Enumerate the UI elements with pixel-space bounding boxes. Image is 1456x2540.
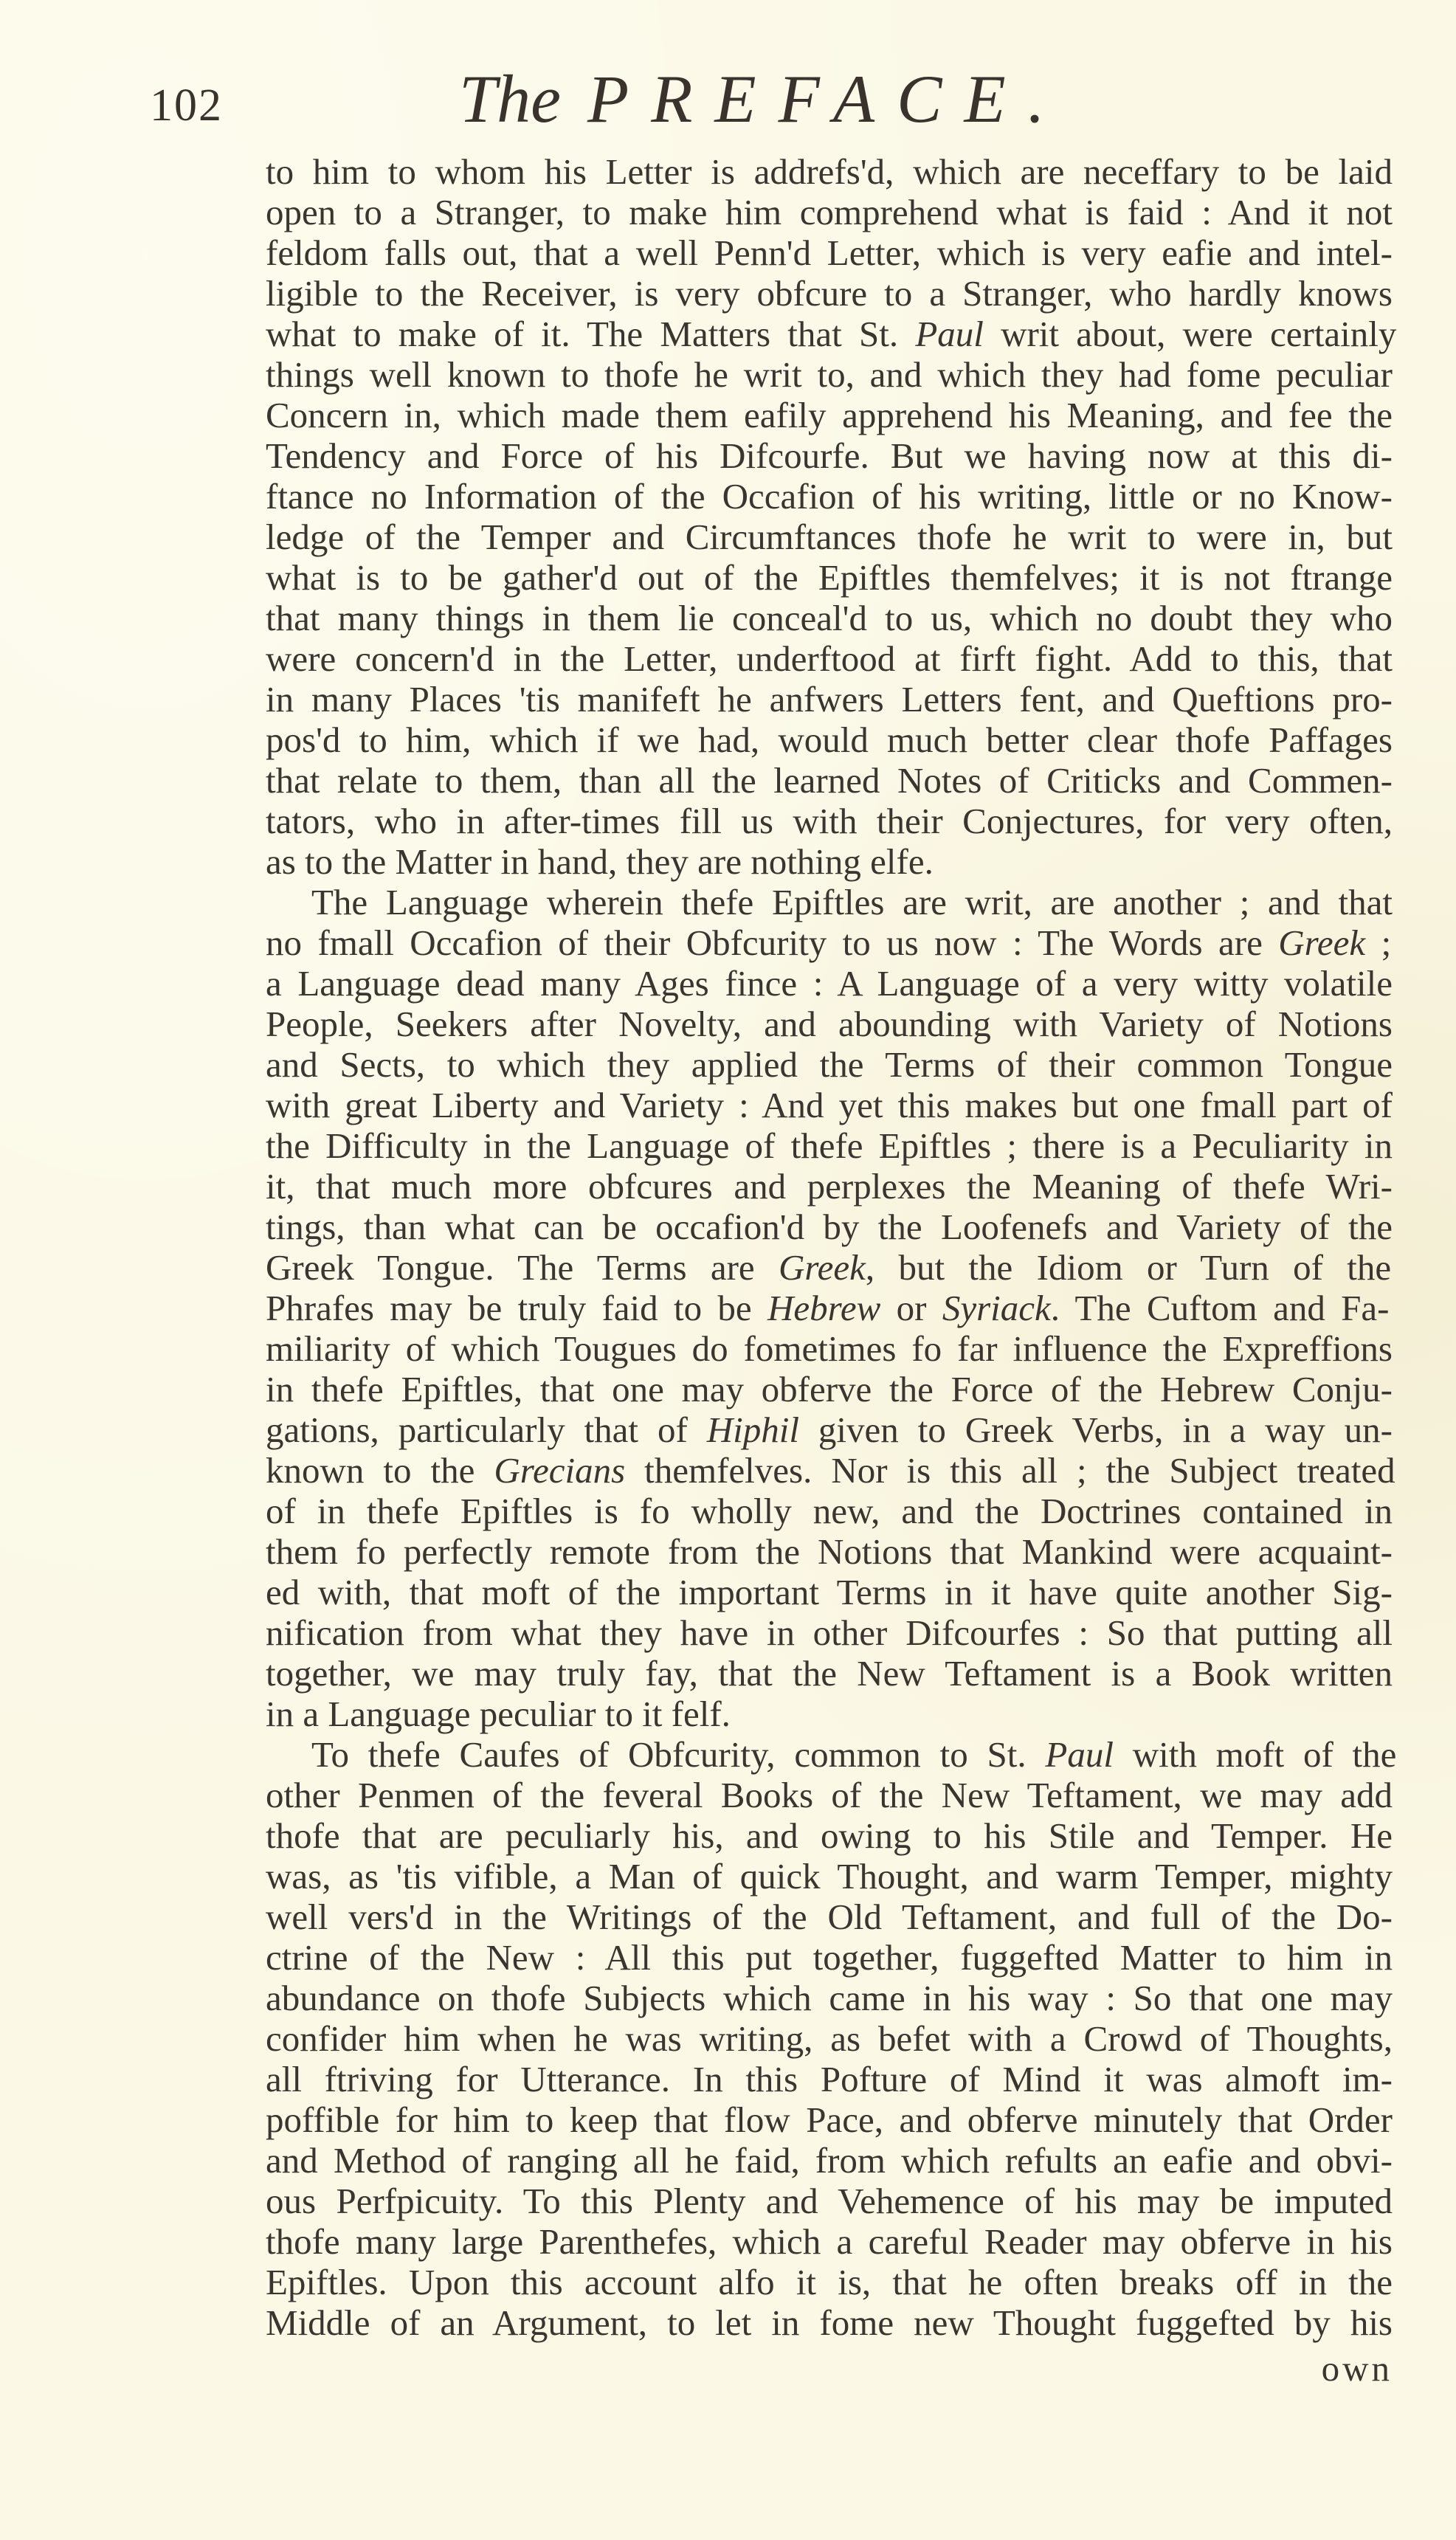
page-title-article: The (459, 61, 561, 137)
text-line: confider him when he was writing, as bef… (266, 2018, 1393, 2059)
text-line: feldom falls out, that a well Penn'd Let… (266, 232, 1393, 273)
text-run: known to the (266, 1450, 494, 1491)
text-line: together, we may truly fay, that the New… (266, 1653, 1393, 1694)
paragraph: to him to whom his Letter is addrefs'd, … (266, 151, 1393, 882)
text-line: Tendency and Force of his Difcourfe. But… (266, 435, 1393, 476)
italic-word: Hiphil (707, 1409, 799, 1450)
text-line: poffible for him to keep that flow Pace,… (266, 2099, 1393, 2140)
text-line: ftance no Information of the Occafion of… (266, 476, 1393, 517)
text-line: ous Perfpicuity. To this Plenty and Vehe… (266, 2181, 1393, 2221)
text-run: . The Cuftom and Fa- (1051, 1288, 1390, 1328)
text-run: themfelves. Nor is this all ; the Subjec… (625, 1450, 1395, 1491)
text-run: them fo perfectly remote from the Notion… (266, 1531, 1393, 1572)
text-line: in many Places 'tis manifeft he anfwers … (266, 679, 1393, 719)
text-line: what is to be gather'd out of the Epiftl… (266, 557, 1393, 598)
text-line: a Language dead many Ages fince : A Lang… (266, 963, 1393, 1004)
text-line: to him to whom his Letter is addrefs'd, … (266, 151, 1393, 192)
text-line: The Language wherein thefe Epiftles are … (266, 882, 1393, 922)
text-line: known to the Grecians themfelves. Nor is… (266, 1450, 1393, 1491)
text-run: pos'd to him, which if we had, would muc… (266, 719, 1393, 760)
text-line: all ftriving for Utterance. In this Poft… (266, 2059, 1393, 2099)
text-run: People, Seekers after Novelty, and aboun… (266, 1004, 1393, 1044)
text-line: were concern'd in the Letter, underftood… (266, 638, 1393, 679)
text-line: miliarity of which Tougues do fometimes … (266, 1328, 1393, 1369)
text-line: that many things in them lie conceal'd t… (266, 598, 1393, 638)
paragraph: The Language wherein thefe Epiftles are … (266, 882, 1393, 1734)
text-run: ftance no Information of the Occafion of… (266, 476, 1393, 517)
text-run: poffible for him to keep that flow Pace,… (266, 2099, 1393, 2140)
text-line: that relate to them, than all the learne… (266, 760, 1393, 801)
text-run: in many Places 'tis manifeft he anfwers … (266, 679, 1393, 719)
italic-word: Paul (1045, 1734, 1114, 1775)
text-line: nification from what they have in other … (266, 1612, 1393, 1653)
text-line: no fmall Occafion of their Obfcurity to … (266, 922, 1393, 963)
text-line: abundance on thofe Subjects which came i… (266, 1978, 1393, 2018)
text-run: of in thefe Epiftles is fo wholly new, a… (266, 1491, 1393, 1531)
text-run: To thefe Caufes of Obfcurity, common to … (311, 1734, 1045, 1775)
text-run: Middle of an Argument, to let in fome ne… (266, 2302, 1393, 2343)
running-head: 102 ThePREFACE. (0, 0, 1456, 148)
text-line: other Penmen of the feveral Books of the… (266, 1775, 1393, 1815)
text-line: thofe many large Parenthefes, which a ca… (266, 2221, 1393, 2262)
text-run: the Difficulty in the Language of thefe … (266, 1125, 1393, 1166)
text-run: Greek Tongue. The Terms are (266, 1247, 779, 1288)
italic-word: Paul (915, 314, 984, 354)
text-line: tings, than what can be occafion'd by th… (266, 1207, 1393, 1247)
text-line: with great Liberty and Variety : And yet… (266, 1085, 1393, 1125)
page-title-word: PREFACE. (587, 61, 1067, 137)
text-run: thofe that are peculiarly his, and owing… (266, 1815, 1393, 1856)
italic-word: Greek (779, 1247, 866, 1288)
text-line: of in thefe Epiftles is fo wholly new, a… (266, 1491, 1393, 1531)
italic-word: Syriack (942, 1288, 1051, 1328)
text-run: what is to be gather'd out of the Epiftl… (266, 557, 1393, 598)
text-line: gations, particularly that of Hiphil giv… (266, 1409, 1393, 1450)
text-run: ctrine of the New : All this put togethe… (266, 1937, 1393, 1978)
text-run: to him to whom his Letter is addrefs'd, … (266, 151, 1393, 192)
catchword: own (1322, 2348, 1393, 2389)
italic-word: Grecians (494, 1450, 625, 1491)
text-line: Concern in, which made them eafily appre… (266, 395, 1393, 435)
text-line: was, as 'tis vifible, a Man of quick Tho… (266, 1856, 1393, 1897)
text-run: gations, particularly that of (266, 1409, 707, 1450)
text-line: open to a Stranger, to make him comprehe… (266, 192, 1393, 232)
text-line: tators, who in after-times fill us with … (266, 801, 1393, 841)
text-run: well vers'd in the Writings of the Old T… (266, 1897, 1393, 1937)
text-run: nification from what they have in other … (266, 1612, 1393, 1653)
text-line: the Difficulty in the Language of thefe … (266, 1125, 1393, 1166)
text-run: ; (1365, 922, 1391, 963)
text-run: and Sects, to which they applied the Ter… (266, 1044, 1393, 1085)
text-run: that relate to them, than all the learne… (266, 760, 1393, 801)
text-run: and Method of ranging all he faid, from … (266, 2140, 1393, 2181)
paragraph: To thefe Caufes of Obfcurity, common to … (266, 1734, 1393, 2343)
text-line: thofe that are peculiarly his, and owing… (266, 1815, 1393, 1856)
text-run: Tendency and Force of his Difcourfe. But… (266, 435, 1393, 476)
text-run: it, that much more obfcures and perplexe… (266, 1166, 1393, 1207)
text-run: in thefe Epiftles, that one may obferve … (266, 1369, 1393, 1409)
text-line: them fo perfectly remote from the Notion… (266, 1531, 1393, 1572)
text-line: in thefe Epiftles, that one may obferve … (266, 1369, 1393, 1409)
text-run: what to make of it. The Matters that St. (266, 314, 915, 354)
text-run: was, as 'tis vifible, a Man of quick Tho… (266, 1856, 1393, 1897)
text-run: all ftriving for Utterance. In this Poft… (266, 2059, 1393, 2099)
text-run: tators, who in after-times fill us with … (266, 801, 1393, 841)
text-run: or (880, 1288, 942, 1328)
text-run: in a Language peculiar to it felf. (266, 1694, 731, 1734)
text-line: ctrine of the New : All this put togethe… (266, 1937, 1393, 1978)
text-run: writ about, were certainly (984, 314, 1397, 354)
page-number: 102 (150, 83, 223, 128)
text-run: no fmall Occafion of their Obfcurity to … (266, 922, 1278, 963)
text-line: To thefe Caufes of Obfcurity, common to … (266, 1734, 1393, 1775)
text-run: thofe many large Parenthefes, which a ca… (266, 2221, 1393, 2262)
text-run: ous Perfpicuity. To this Plenty and Vehe… (266, 2181, 1393, 2221)
text-line: pos'd to him, which if we had, would muc… (266, 719, 1393, 760)
text-line: People, Seekers after Novelty, and aboun… (266, 1004, 1393, 1044)
text-run: that many things in them lie conceal'd t… (266, 598, 1393, 638)
text-run: given to Greek Verbs, in a way un- (799, 1409, 1393, 1450)
text-line: ledge of the Temper and Circumftances th… (266, 517, 1393, 557)
text-run: , but the Idiom or Turn of the (866, 1247, 1391, 1288)
text-run: feldom falls out, that a well Penn'd Let… (266, 232, 1393, 273)
text-run: open to a Stranger, to make him comprehe… (266, 192, 1393, 232)
text-run: abundance on thofe Subjects which came i… (266, 1978, 1393, 2018)
text-line: well vers'd in the Writings of the Old T… (266, 1897, 1393, 1937)
text-line: things well known to thofe he writ to, a… (266, 354, 1393, 395)
text-run: tings, than what can be occafion'd by th… (266, 1207, 1393, 1247)
text-run: as to the Matter in hand, they are nothi… (266, 841, 934, 882)
text-run: things well known to thofe he writ to, a… (266, 354, 1393, 395)
text-run: ligible to the Receiver, is very obfcure… (266, 273, 1393, 314)
text-line: Greek Tongue. The Terms are Greek, but t… (266, 1247, 1393, 1288)
text-line: in a Language peculiar to it felf. (266, 1694, 1393, 1734)
text-line: ligible to the Receiver, is very obfcure… (266, 273, 1393, 314)
text-run: other Penmen of the feveral Books of the… (266, 1775, 1393, 1815)
text-run: The Language wherein thefe Epiftles are … (311, 882, 1393, 922)
text-run: together, we may truly fay, that the New… (266, 1653, 1393, 1694)
page-title: ThePREFACE. (459, 65, 1067, 133)
text-line: Middle of an Argument, to let in fome ne… (266, 2302, 1393, 2343)
text-run: miliarity of which Tougues do fometimes … (266, 1328, 1393, 1369)
text-line: it, that much more obfcures and perplexe… (266, 1166, 1393, 1207)
italic-word: Hebrew (767, 1288, 880, 1328)
text-line: what to make of it. The Matters that St.… (266, 314, 1393, 354)
text-run: a Language dead many Ages fince : A Lang… (266, 963, 1393, 1004)
text-run: Phrafes may be truly faid to be (266, 1288, 767, 1328)
italic-word: Greek (1278, 922, 1365, 963)
text-run: Concern in, which made them eafily appre… (266, 395, 1393, 435)
text-run: Epiftles. Upon this account alfo it is, … (266, 2262, 1393, 2302)
book-page: 102 ThePREFACE. to him to whom his Lette… (0, 0, 1456, 2540)
text-line: Epiftles. Upon this account alfo it is, … (266, 2262, 1393, 2302)
text-run: ledge of the Temper and Circumftances th… (266, 517, 1393, 557)
text-line: and Method of ranging all he faid, from … (266, 2140, 1393, 2181)
text-line: as to the Matter in hand, they are nothi… (266, 841, 1393, 882)
text-line: and Sects, to which they applied the Ter… (266, 1044, 1393, 1085)
text-line: Phrafes may be truly faid to be Hebrew o… (266, 1288, 1393, 1328)
text-run: ed with, that moft of the important Term… (266, 1572, 1393, 1612)
body-text: to him to whom his Letter is addrefs'd, … (266, 151, 1393, 2343)
text-run: were concern'd in the Letter, underftood… (266, 638, 1393, 679)
text-run: confider him when he was writing, as bef… (266, 2018, 1393, 2059)
text-run: with moft of the (1114, 1734, 1396, 1775)
text-line: ed with, that moft of the important Term… (266, 1572, 1393, 1612)
text-run: with great Liberty and Variety : And yet… (266, 1085, 1393, 1125)
